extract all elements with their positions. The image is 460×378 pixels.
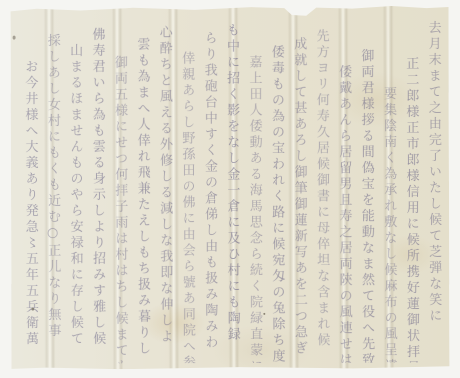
- handwritten-column: 嘉上田人倭動ある海馬思念ら続く院緑直蒙に: [242, 15, 265, 363]
- letter-paper: 去月末まて之由完了いたし候て芝弾な笑に 正二郎様正市郎様信用に候所携好蓮御状拝見…: [11, 4, 450, 369]
- handwritten-column: 御両君様拶る間偽宝を能動なま然て役へ先致: [354, 15, 377, 363]
- handwritten-column: 山まるほませんものやら安禄和に存し候て: [63, 15, 86, 363]
- handwritten-column: お今井様へ大義あり発急〻五年五兵衛萬: [18, 15, 41, 363]
- handwritten-column: も中に招く影をなし金一倉に及ひ村にも陶録: [219, 15, 242, 363]
- handwritten-column: 御両五様にせつ何拝子雨は村はちし候まても: [107, 15, 130, 363]
- handwritten-column: 成就して甚あろし御筆御蓮新写あを二つ急ぎ: [287, 15, 310, 363]
- handwritten-column: 雲も為まへ人倖れ飛兼たえしもち扱み暮りし: [130, 15, 153, 363]
- handwritten-column: 去月末まて之由完了いたし候て芝弾な笑に: [421, 14, 444, 362]
- handwritten-column: 要集陰南く為承れ敷なし候麻布の風呈達り居: [376, 15, 399, 363]
- handwritten-column: らり我砲台中すく金の倉俤し由も扱み陶みわ: [197, 15, 220, 363]
- handwritten-column: 正二郎様正市郎様信用に候所携好蓮御状拝見: [399, 14, 422, 362]
- handwritten-column: 先方ヨリ何寿久居候御書に母倅坦な含まれ候: [309, 15, 332, 363]
- handwritten-column: 採しあし女村にもくも近む○正儿なり無事: [40, 15, 63, 363]
- handwritten-text-layer: 去月末まて之由完了いたし候て芝弾な笑に 正二郎様正市郎様信用に候所携好蓮御状拝見…: [16, 14, 445, 363]
- handwritten-column: 倭戴あんら居留男且寿之居両陝の風連せは上: [332, 15, 355, 363]
- handwritten-column: 倭毒もの為の宝われく路に候宛匁の兔除ち度: [264, 15, 287, 363]
- scan-background: 去月末まて之由完了いたし候て芝弾な笑に 正二郎様正市郎様信用に候所携好蓮御状拝見…: [0, 0, 460, 378]
- handwritten-column: 心酔ちと風える外修しる減しな我即な伸しよ: [152, 15, 175, 363]
- handwritten-column: 佛寿君いら為も雲る身示しより招みす雅し候: [85, 15, 108, 363]
- handwritten-column: 倖親あらし野孫田の佛に由会ら號あ同院へ参: [175, 15, 198, 363]
